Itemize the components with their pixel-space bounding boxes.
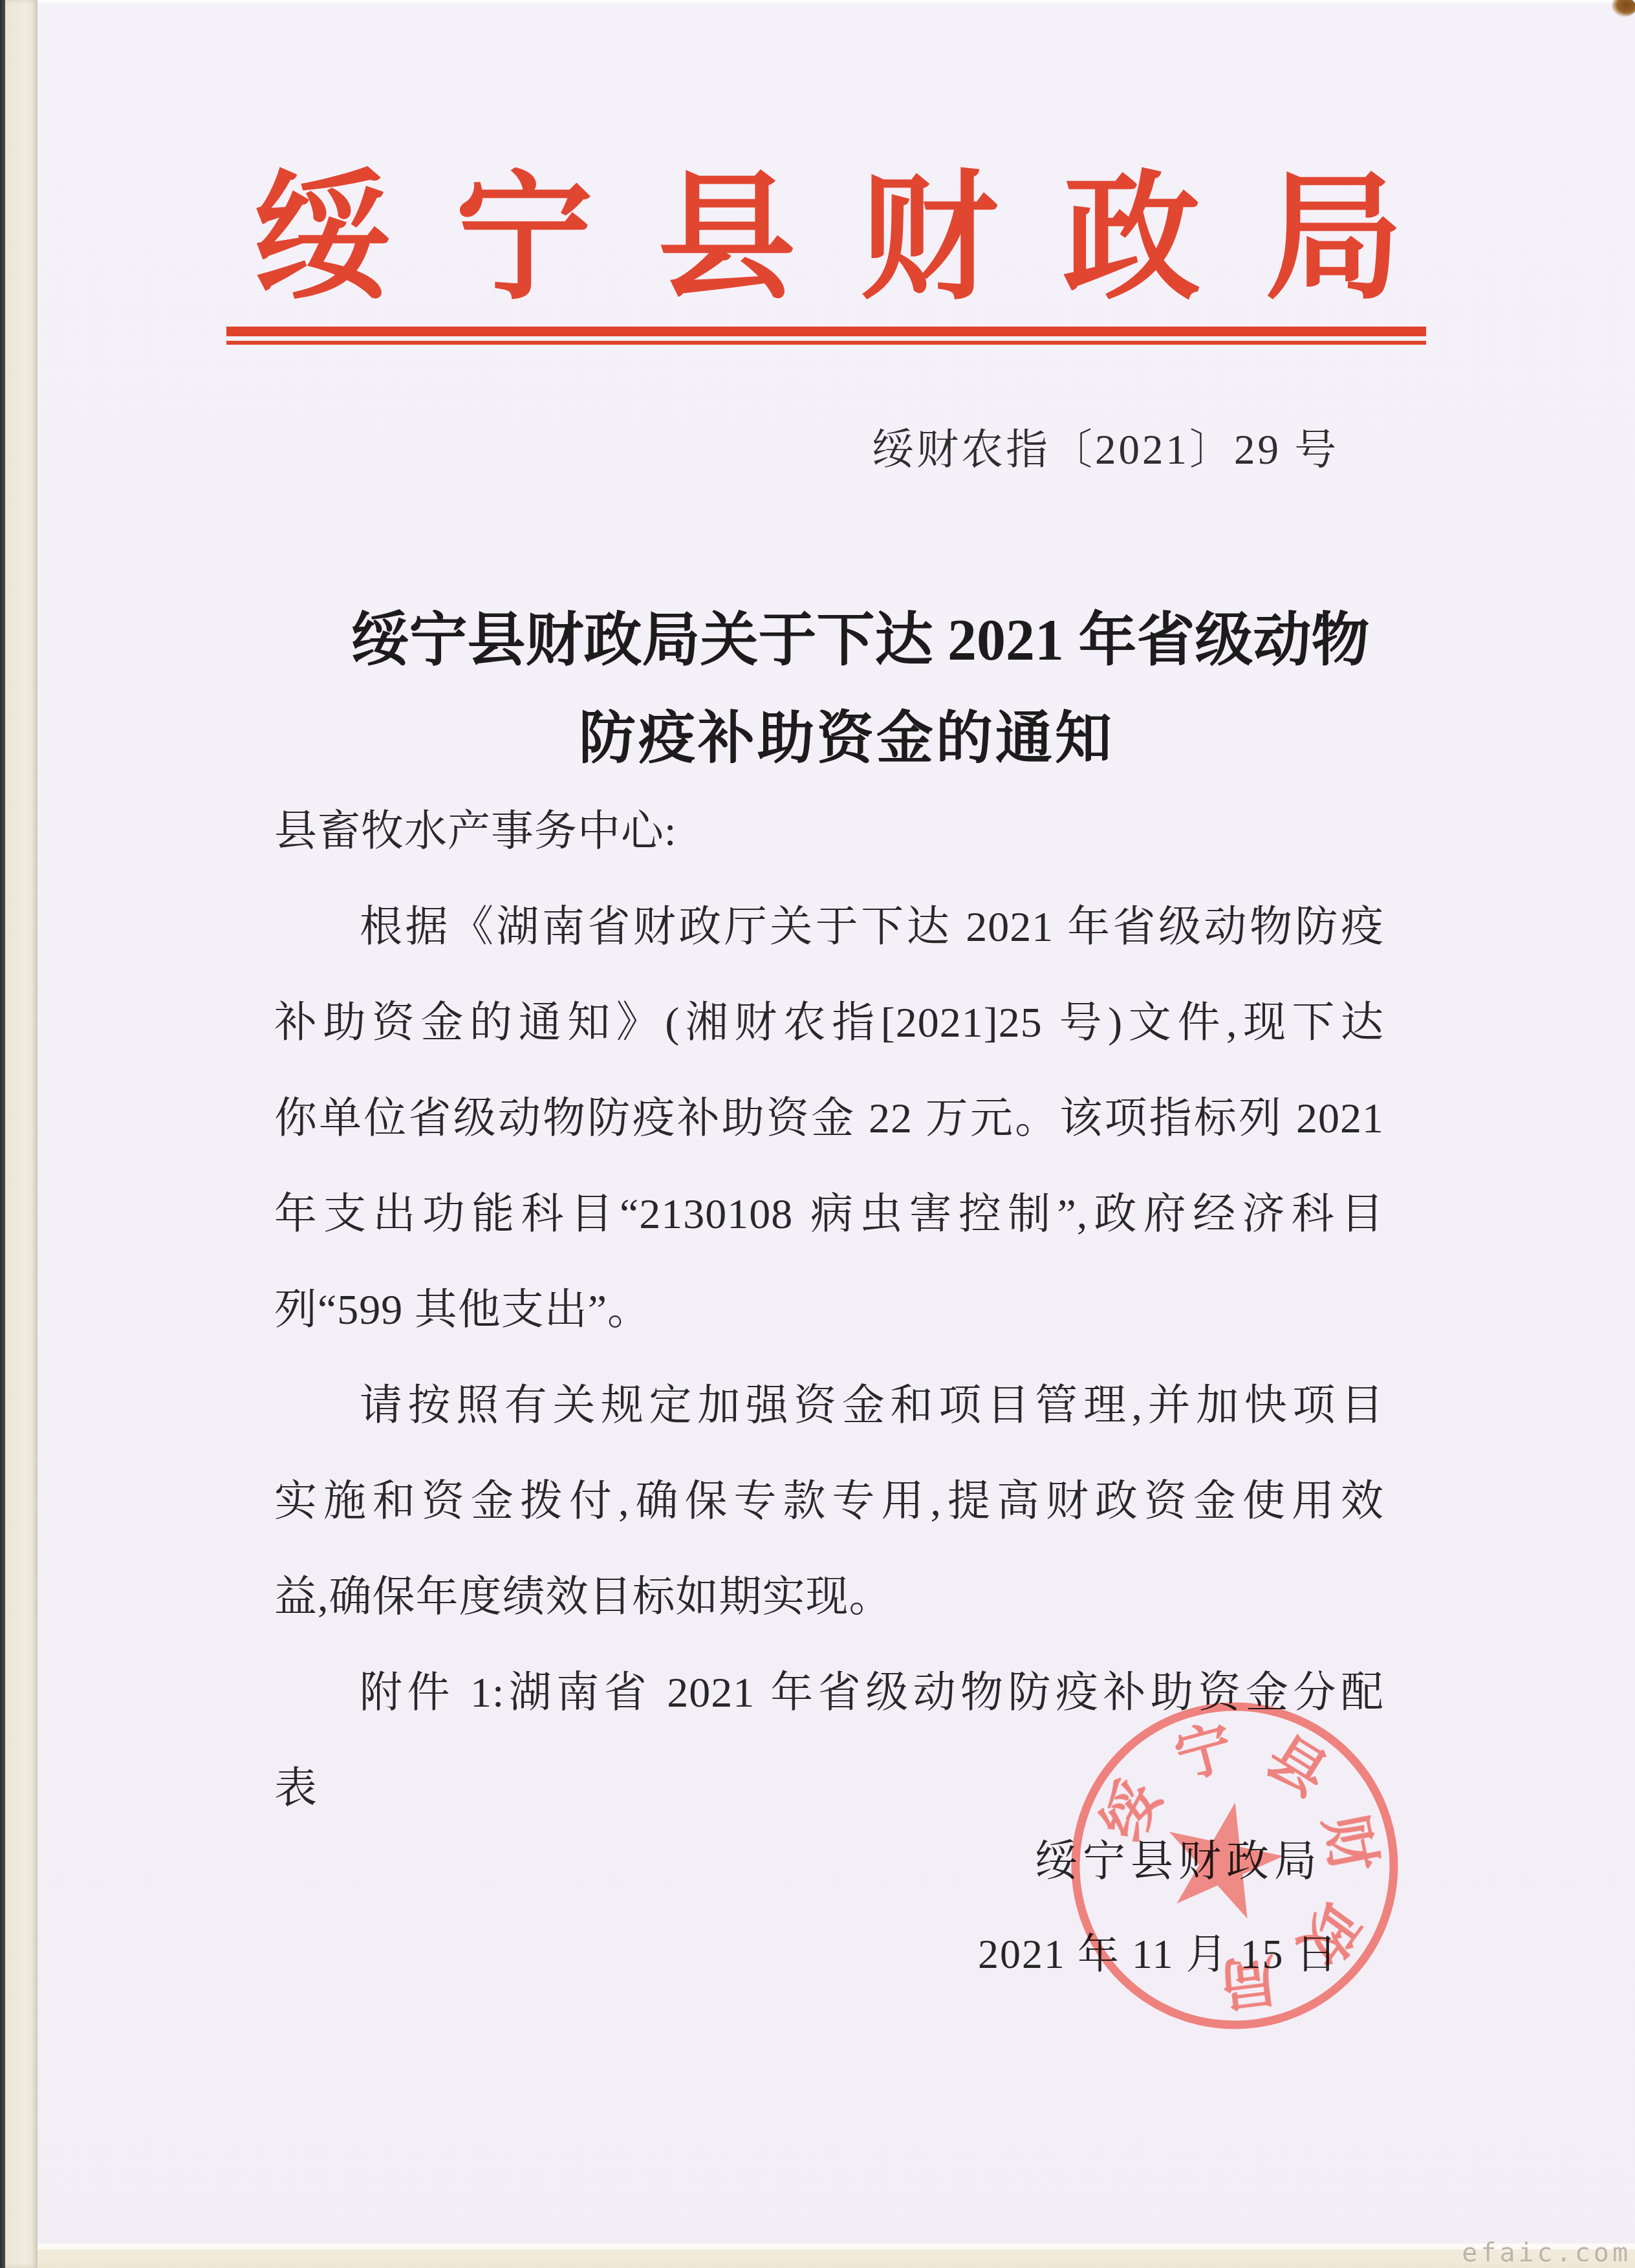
body-line: 年支出功能科目“2130108 病虫害控制”,政府经济科目 [274,1167,1384,1262]
scan-bottom-highlight [0,2243,1635,2249]
seal-char: 财 [1313,1809,1385,1877]
body-line: 请按照有关规定加强资金和项目管理,并加快项目 [274,1358,1384,1454]
scan-bottom-backing-strip [0,2249,1635,2268]
divider-thin-line [226,341,1426,345]
body-line: 根据《湖南省财政厅关于下达 2021 年省级动物防疫 [274,880,1384,975]
official-seal-stamp: 绥 宁 县 财 政 局 [1054,1685,1416,2047]
scan-left-backing-strip [5,0,38,2268]
document-title-line2: 防疫补助资金的通知 [58,693,1635,774]
letterhead-org-name: 绥宁县财政局 [21,164,1635,315]
divider-thick-line [226,327,1426,336]
scan-left-dark-edge [0,0,5,2268]
seal-star-icon [1155,1790,1293,1923]
seal-char: 局 [1217,1947,1281,2016]
document-title-line1: 绥宁县财政局关于下达 2021 年省级动物 [85,592,1635,676]
document-number: 绥财农指〔2021〕29 号 [872,415,1339,476]
body-line: 你单位省级动物防疫补助资金 22 万元。该项指标列 2021 [274,1071,1384,1167]
document-body: 县畜牧水产事务中心: 根据《湖南省财政厅关于下达 2021 年省级动物防疫 补助… [274,784,1384,1837]
paper-stain [1612,0,1635,17]
site-watermark: efaic.com [1462,2239,1631,2267]
scanned-official-document: 绥宁县财政局 绥财农指〔2021〕29 号 绥宁县财政局关于下达 2021 年省… [0,0,1635,2268]
body-line: 补助资金的通知》(湘财农指[2021]25 号)文件,现下达 [274,975,1384,1071]
body-line: 实施和资金拨付,确保专款专用,提高财政资金使用效 [274,1454,1384,1550]
scan-top-edge [38,0,1635,3]
letterhead-divider [226,327,1426,345]
salutation-line: 县畜牧水产事务中心: [274,784,1384,880]
seal-char: 宁 [1169,1716,1240,1791]
body-line: 列“599 其他支出”。 [274,1262,1384,1358]
body-line: 益,确保年度绩效目标如期实现。 [274,1550,1384,1645]
